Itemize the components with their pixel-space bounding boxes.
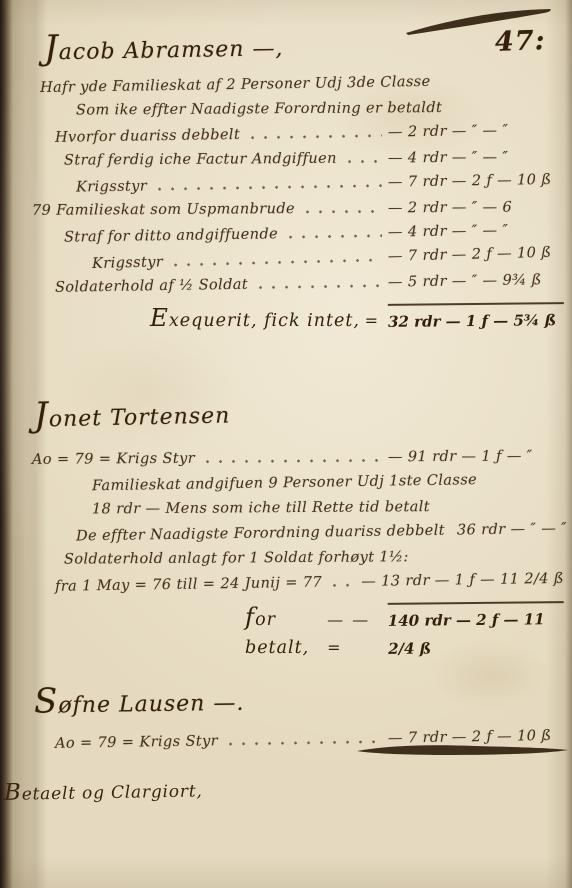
entry-total-row: Exequerit, fick intet, = 32 rdr — 1 ƒ — … <box>30 303 564 335</box>
entry-total-row: for betalt, — — = 140 rdr — 2 ƒ — 11 2/4… <box>30 602 564 662</box>
dot-leader <box>284 221 382 248</box>
ink-smear <box>355 742 570 758</box>
ledger-entry: Jacob Abramsen —, Hafr yde Familieskat a… <box>30 24 564 335</box>
dot-leader <box>254 271 382 298</box>
line-text: Straf for ditto andgiffuende <box>64 222 278 250</box>
line-amount: — 2 rdr — ″ — ″ <box>388 118 564 146</box>
dot-leader <box>448 95 558 121</box>
total-label: for betalt, <box>245 603 327 662</box>
line-amount: — 7 rdr — 2 ƒ — 10 ß <box>388 240 565 269</box>
line-text: 79 Familieskat som Uspmanbrude <box>32 197 295 224</box>
line-amount: — 5 rdr — ″ — 9¾ ß <box>388 268 564 296</box>
line-text: Straf ferdig iche Factur Andgiffuen <box>64 147 337 174</box>
dot-leader <box>328 570 356 595</box>
dot-leader <box>246 121 382 148</box>
line-text: 18 rdr — Mens som iche till Rette tid be… <box>92 495 430 522</box>
line-amount: 36 rdr — ″ — ″ <box>457 516 572 544</box>
line-text: fra 1 May = 76 till = 24 Junij = 77 <box>55 571 322 600</box>
entry-heading: Jacob Abramsen —, <box>30 19 565 68</box>
dot-leader <box>436 68 558 95</box>
line-text: Soldaterhold anlagt for 1 Soldat forhøyt… <box>64 545 409 572</box>
dot-leader <box>301 196 382 222</box>
line-text: Krigsstyr <box>92 250 164 277</box>
ledger-entry: Jonet Tortensen Ao = 79 = Krigs Styr — 9… <box>30 390 564 662</box>
dot-leader <box>153 171 382 200</box>
dot-leader <box>483 467 558 493</box>
total-amount: 32 rdr — 1 ƒ — 5¾ ß <box>388 302 564 336</box>
total-equals: — — = <box>327 606 380 662</box>
entry-heading: Søfne Lausen —. <box>30 674 565 721</box>
line-amount: — 7 rdr — 2 ƒ — 10 ß <box>388 168 564 196</box>
total-equals: = <box>365 307 380 335</box>
entry-heading: Jonet Tortensen <box>30 384 565 435</box>
dot-leader <box>343 146 382 171</box>
line-text: Ao = 79 = Krigs Styr <box>32 447 195 473</box>
ledger-entry: Søfne Lausen —. Ao = 79 = Krigs Styr — 7… <box>30 678 564 801</box>
manuscript-page: 47: Jacob Abramsen —, Hafr yde Familiesk… <box>0 0 572 888</box>
line-text: Soldaterhold af ½ Soldat <box>55 273 248 301</box>
total-amount: 140 rdr — 2 ƒ — 11 2/4 ß <box>388 601 565 663</box>
total-label: Exequerit, fick intet, <box>150 304 360 335</box>
line-amount: — 13 rdr — 1 ƒ — 11 2/4 ß <box>361 567 564 595</box>
line-text: Krigsstyr <box>76 174 148 200</box>
dot-leader <box>436 494 558 520</box>
paid-note: Betaelt og Clargiort, <box>4 770 564 806</box>
line-text: Ao = 79 = Krigs Styr <box>55 729 218 757</box>
dot-leader <box>201 445 382 471</box>
line-text: Som ike effter Naadigste Forordning er b… <box>76 96 442 124</box>
